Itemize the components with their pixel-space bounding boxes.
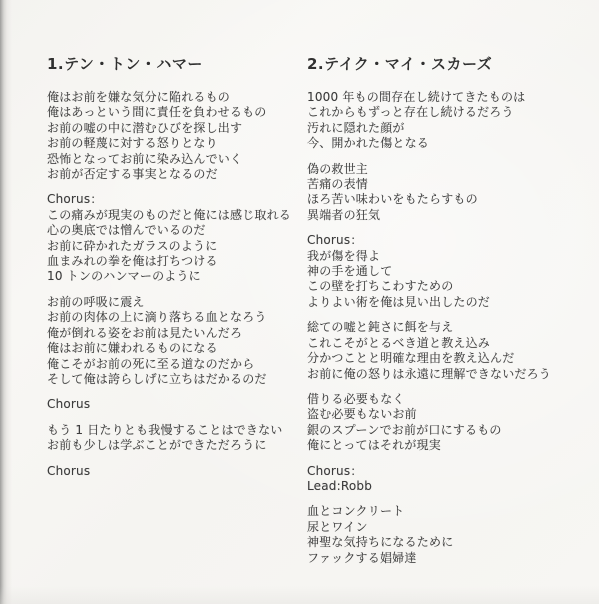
song-column-ten-ton-hammer: 1.テン・トン・ハマー 俺はお前を嫌な気分に陥れるもの俺はあっという間に責任を負… <box>47 55 302 489</box>
lyrics-line: お前の軽蔑に対する怒りとなり <box>47 136 302 151</box>
lyrics-stanza: お前の呼吸に震えお前の肉体の上に滴り落ちる血となろう俺が倒れる姿をお前は見たいん… <box>47 295 302 387</box>
page-spine-shadow <box>0 0 12 604</box>
lyrics-line: お前に砕かれたガラスのように <box>47 239 302 254</box>
lyrics-body-2: 1000 年もの間存在し続けてきたものはこれからもずっと存在し続けるだろう汚れに… <box>307 90 562 566</box>
lyrics-line: 恐怖となってお前に染み込んでいく <box>47 152 302 167</box>
lyrics-line: 神聖な気持ちになるために <box>307 535 562 550</box>
song-title-2: 2.テイク・マイ・スカーズ <box>307 55 562 73</box>
page-bottom-shadow <box>0 586 599 604</box>
lyrics-stanza: Chorus：Lead:Robb <box>307 464 562 495</box>
lyrics-line: お前の嘘の中に潜むひびを探し出す <box>47 121 302 136</box>
booklet-lyrics-page: 1.テン・トン・ハマー 俺はお前を嫌な気分に陥れるもの俺はあっという間に責任を負… <box>0 0 599 604</box>
lyrics-line: 異端者の狂気 <box>307 208 562 223</box>
lyrics-line: 俺が倒れる姿をお前は見たいんだろ <box>47 326 302 341</box>
lyrics-line: 盗む必要もないお前 <box>307 407 562 422</box>
lyrics-line: ほろ苦い味わいをもたらすもの <box>307 192 562 207</box>
lyrics-line: 俺はお前を嫌な気分に陥れるもの <box>47 90 302 105</box>
lyrics-line: 神の手を通して <box>307 264 562 279</box>
lyrics-line: よりよい術を俺は見い出したのだ <box>307 295 562 310</box>
lyrics-line: お前も少しは学ぶことができただろうに <box>47 438 302 453</box>
lyrics-line: 俺にとってはそれが現実 <box>307 438 562 453</box>
lyrics-stanza: Chorus：この痛みが現実のものだと俺には感じ取れる心の奥底では憎んでいるのだ… <box>47 192 302 284</box>
lyrics-line: 偽の救世主 <box>307 162 562 177</box>
lyrics-stanza: もう 1 日たりとも我慢することはできないお前も少しは学ぶことができただろうに <box>47 423 302 454</box>
lyrics-line: 我が傷を得よ <box>307 249 562 264</box>
lyrics-line: 俺はあっという間に責任を負わせるもの <box>47 105 302 120</box>
song-column-take-my-scars: 2.テイク・マイ・スカーズ 1000 年もの間存在し続けてきたものはこれからもず… <box>307 55 562 576</box>
lyrics-line: 借りる必要もなく <box>307 392 562 407</box>
lyrics-line: お前に俺の怒りは永遠に理解できないだろう <box>307 367 562 382</box>
lyrics-line: Chorus <box>47 464 302 479</box>
lyrics-line: 苦痛の表情 <box>307 177 562 192</box>
lyrics-line: 尿とワイン <box>307 520 562 535</box>
lyrics-line: もう 1 日たりとも我慢することはできない <box>47 423 302 438</box>
lyrics-line: 10 トンのハンマーのように <box>47 269 302 284</box>
lyrics-line: お前が否定する事実となるのだ <box>47 167 302 182</box>
lyrics-line: そして俺は誇らしげに立ちはだかるのだ <box>47 372 302 387</box>
lyrics-line: お前の肉体の上に滴り落ちる血となろう <box>47 310 302 325</box>
lyrics-stanza: 俺はお前を嫌な気分に陥れるもの俺はあっという間に責任を負わせるものお前の嘘の中に… <box>47 90 302 182</box>
lyrics-line: Lead:Robb <box>307 479 562 494</box>
lyrics-line: 今、開かれた傷となる <box>307 136 562 151</box>
song-title-1: 1.テン・トン・ハマー <box>47 55 302 73</box>
lyrics-line: 俺はお前に嫌われるものになる <box>47 341 302 356</box>
lyrics-line: 血とコンクリート <box>307 504 562 519</box>
lyrics-stanza: Chorus <box>47 397 302 412</box>
lyrics-line: 1000 年もの間存在し続けてきたものは <box>307 90 562 105</box>
lyrics-line: 心の奥底では憎んでいるのだ <box>47 223 302 238</box>
lyrics-line: 分かつことと明確な理由を教え込んだ <box>307 351 562 366</box>
lyrics-body-1: 俺はお前を嫌な気分に陥れるもの俺はあっという間に責任を負わせるものお前の嘘の中に… <box>47 90 302 479</box>
lyrics-line: 俺こそがお前の死に至る道なのだから <box>47 357 302 372</box>
lyrics-line: これこそがとるべき道と教え込み <box>307 336 562 351</box>
lyrics-line: お前の呼吸に震え <box>47 295 302 310</box>
lyrics-line: これからもずっと存在し続けるだろう <box>307 105 562 120</box>
lyrics-line: ファックする娼婦達 <box>307 551 562 566</box>
lyrics-line: Chorus： <box>307 464 562 479</box>
lyrics-line: この壁を打ちこわすための <box>307 279 562 294</box>
lyrics-stanza: 1000 年もの間存在し続けてきたものはこれからもずっと存在し続けるだろう汚れに… <box>307 90 562 152</box>
lyrics-line: Chorus <box>47 397 302 412</box>
lyrics-line: 血まみれの拳を俺は打ちつける <box>47 254 302 269</box>
lyrics-stanza: 総ての嘘と鈍さに餌を与えこれこそがとるべき道と教え込み分かつことと明確な理由を教… <box>307 320 562 382</box>
lyrics-line: この痛みが現実のものだと俺には感じ取れる <box>47 208 302 223</box>
lyrics-line: Chorus： <box>47 192 302 207</box>
lyrics-line: Chorus： <box>307 233 562 248</box>
lyrics-stanza: 血とコンクリート尿とワイン神聖な気持ちになるためにファックする娼婦達 <box>307 504 562 566</box>
lyrics-line: 総ての嘘と鈍さに餌を与え <box>307 320 562 335</box>
lyrics-stanza: 借りる必要もなく盗む必要もないお前銀のスプーンでお前が口にするもの俺にとってはそ… <box>307 392 562 454</box>
lyrics-stanza: Chorus：我が傷を得よ神の手を通してこの壁を打ちこわすためのよりよい術を俺は… <box>307 233 562 310</box>
lyrics-stanza: Chorus <box>47 464 302 479</box>
lyrics-stanza: 偽の救世主苦痛の表情ほろ苦い味わいをもたらすもの異端者の狂気 <box>307 162 562 224</box>
lyrics-line: 銀のスプーンでお前が口にするもの <box>307 423 562 438</box>
lyrics-line: 汚れに隠れた顔が <box>307 121 562 136</box>
